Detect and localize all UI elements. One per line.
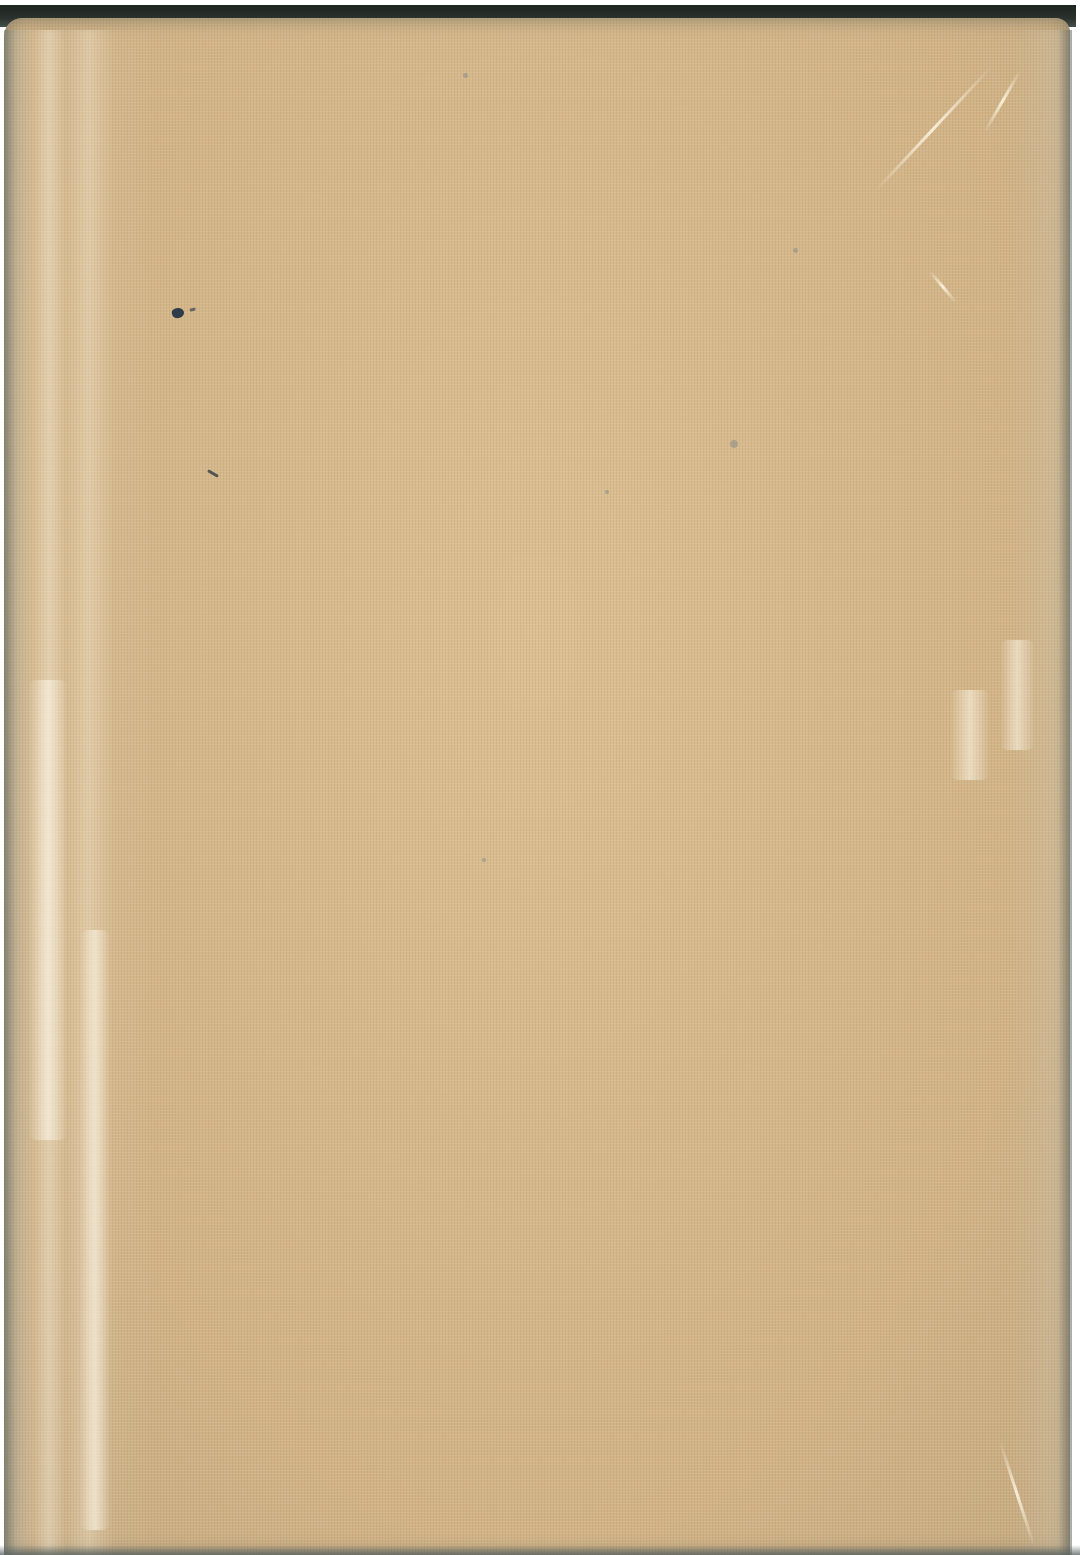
scanner-bottom-edge [0, 1545, 1080, 1555]
plastic-wrap-highlight [28, 680, 68, 1140]
dust-speck [482, 858, 486, 862]
book-cover-cloth [4, 18, 1070, 1555]
plastic-wrap-spine-sheen [4, 30, 154, 1555]
plastic-wrap-highlight [950, 690, 990, 780]
plastic-wrap-highlight [80, 930, 110, 1530]
dust-speck [730, 440, 738, 448]
plastic-wrap-right-sheen [1012, 30, 1072, 1555]
dust-speck [463, 73, 468, 78]
dust-speck [605, 490, 609, 494]
scanned-image [0, 0, 1080, 1555]
dust-speck [793, 248, 798, 253]
